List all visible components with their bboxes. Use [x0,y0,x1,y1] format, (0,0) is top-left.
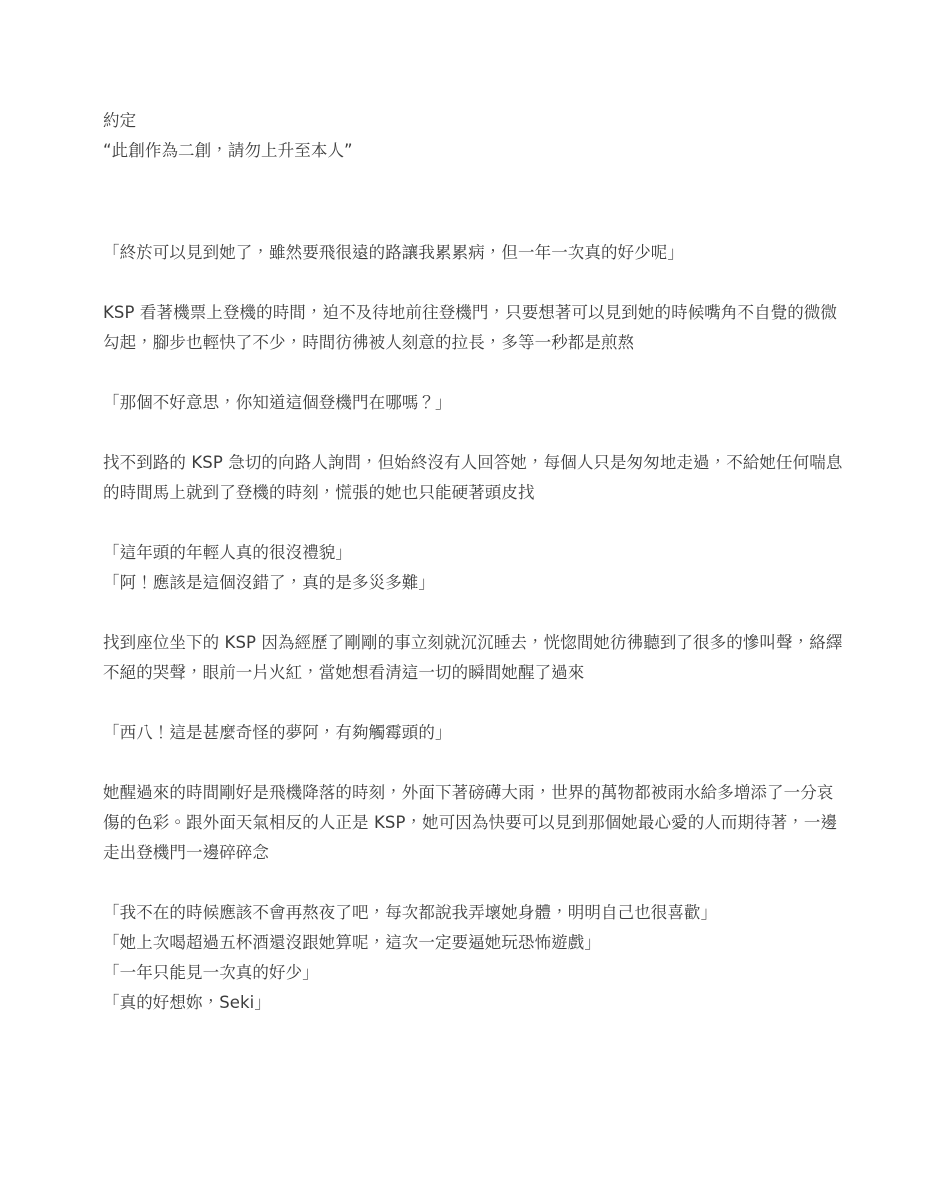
dialogue-line: 「阿！應該是這個沒錯了，真的是多災多難」 [103,568,849,598]
dialogue-block: 「那個不好意思，你知道這個登機門在哪嗎？」 [103,388,849,418]
narration-paragraph: 她醒過來的時間剛好是飛機降落的時刻，外面下著磅礡大雨，世界的萬物都被雨水給多增添… [103,778,849,868]
narration-paragraph: 找到座位坐下的 KSP 因為經歷了剛剛的事立刻就沉沉睡去，恍惚間她彷彿聽到了很多… [103,628,849,688]
story-header: 約定 “此創作為二創，請勿上升至本人” [103,106,849,166]
narration-text: 她醒過來的時間剛好是飛機降落的時刻，外面下著磅礡大雨，世界的萬物都被雨水給多增添… [103,778,849,868]
narration-paragraph: 找不到路的 KSP 急切的向路人詢問，但始終沒有人回答她，每個人只是匆匆地走過，… [103,448,849,508]
disclaimer: “此創作為二創，請勿上升至本人” [103,136,849,166]
narration-text: 找到座位坐下的 KSP 因為經歷了剛剛的事立刻就沉沉睡去，恍惚間她彷彿聽到了很多… [103,628,849,688]
dialogue-block: 「這年頭的年輕人真的很沒禮貌」「阿！應該是這個沒錯了，真的是多災多難」 [103,538,849,598]
dialogue-line: 「終於可以見到她了，雖然要飛很遠的路讓我累累病，但一年一次真的好少呢」 [103,238,849,268]
dialogue-line: 「一年只能見一次真的好少」 [103,958,849,988]
dialogue-line: 「那個不好意思，你知道這個登機門在哪嗎？」 [103,388,849,418]
dialogue-block: 「西八！這是甚麼奇怪的夢阿，有夠觸霉頭的」 [103,718,849,748]
narration-text: KSP 看著機票上登機的時間，迫不及待地前往登機門，只要想著可以見到她的時候嘴角… [103,298,849,358]
dialogue-line: 「她上次喝超過五杯酒還沒跟她算呢，這次一定要逼她玩恐怖遊戲」 [103,928,849,958]
dialogue-line: 「我不在的時候應該不會再熬夜了吧，每次都說我弄壞她身體，明明自己也很喜歡」 [103,898,849,928]
dialogue-line: 「西八！這是甚麼奇怪的夢阿，有夠觸霉頭的」 [103,718,849,748]
dialogue-line: 「真的好想妳，Seki」 [103,988,849,1018]
narration-text: 找不到路的 KSP 急切的向路人詢問，但始終沒有人回答她，每個人只是匆匆地走過，… [103,448,849,508]
narration-paragraph: KSP 看著機票上登機的時間，迫不及待地前往登機門，只要想著可以見到她的時候嘴角… [103,298,849,358]
story-title: 約定 [103,106,849,136]
story-page: 約定 “此創作為二創，請勿上升至本人” 「終於可以見到她了，雖然要飛很遠的路讓我… [103,106,849,1018]
dialogue-line: 「這年頭的年輕人真的很沒禮貌」 [103,538,849,568]
dialogue-block: 「終於可以見到她了，雖然要飛很遠的路讓我累累病，但一年一次真的好少呢」 [103,238,849,268]
dialogue-block: 「我不在的時候應該不會再熬夜了吧，每次都說我弄壞她身體，明明自己也很喜歡」「她上… [103,898,849,1018]
story-body: 「終於可以見到她了，雖然要飛很遠的路讓我累累病，但一年一次真的好少呢」KSP 看… [103,238,849,1018]
